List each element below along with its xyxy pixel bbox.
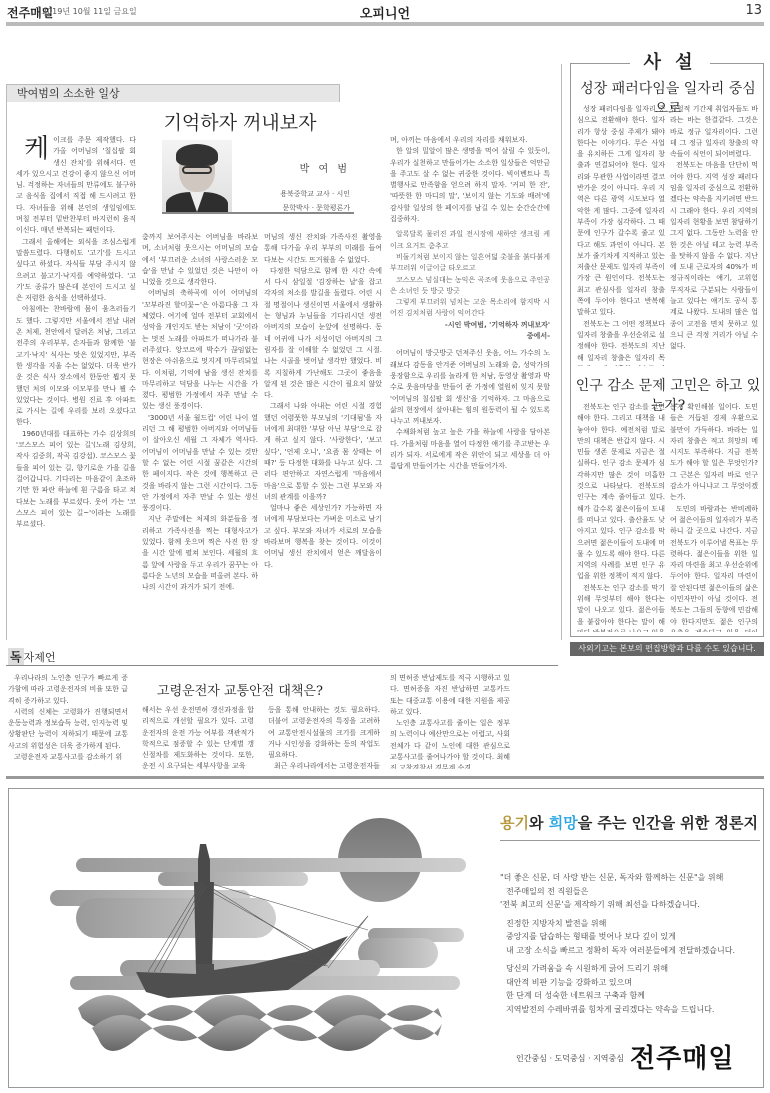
poem-stanza: 알록달록 물러진 과일 전시장에 새하얀 생크림 케이크 요거트 춤추고 [390,229,550,252]
ad-body: "더 좋은 신문, 더 사랑 받는 신문, 독자와 함께하는 신문"을 위해 전… [500,871,760,1021]
poem-stanza: 코스모스 넘실대는 농익은 곡조에 웃음으로 주인공은 소녀인 듯 방긋 방긋 [390,275,550,298]
column-series-title: 박여범의 소소한 일상 [6,84,340,102]
author-name: 박 여 범 [240,160,350,175]
ship-illustration [28,812,468,1052]
section-rule [6,776,764,779]
paragraph: 성장 패러다임을 일자리 중심으로 전환해야 한다. 일자리가 항상 중심 주제… [577,104,665,319]
paragraph: 는지 확인해볼 일이다. 도민들은 거듭된 경제 우환으로 불만이 가득하다. … [670,402,758,504]
editorial-label: 사 설 [630,48,710,74]
paragraph: 어버님의 축하곡에 이어 어머님의 '꼬부라진 할미꽃~'은 아름다움 그 자체… [142,288,258,412]
ad-line: 내 고장 소식을 빠르고 정확히 독자 여러분들에게 전달하겠습니다. [506,944,760,958]
paragraph: 의 면허증 반납제도를 적극 시행하고 있다. 면허증을 자진 반납하면 교통카… [390,673,510,718]
poem-block: 알록달록 물러진 과일 전시장에 새하얀 생크림 케이크 요거트 춤추고 비둘기… [390,229,550,342]
ad-line: 대안적 비판 기능을 강화하고 있으며 [506,976,760,990]
column-divider [561,64,562,640]
ad-paragraph-3: 당신의 가려움을 속 시원하게 긁어 드리기 위해 대안적 비판 기능을 강화하… [500,962,760,1016]
reader-section-initial: 독 [8,648,24,665]
paragraph: 최근 우리나라에서는 고령운전자들 [268,761,380,769]
slogan-hope: 희망 [549,814,578,832]
author-title-2: 문학박사 · 문학평론가 [240,201,350,215]
reader-section-header: 독자제언 [8,648,55,665]
ad-paragraph-2: 진정한 지방자치 발전을 위해 중앙지를 답습하는 형태를 벗어나 보다 깊이 … [500,917,760,958]
author-info: 용북중학교 교사 · 시인 문학박사 · 문학평론가 [240,187,350,215]
reader-rule [6,665,558,666]
author-title-1: 용북중학교 교사 · 시인 [240,187,350,201]
column-title: 기억하자 꺼내보자 [100,108,380,135]
paragraph: 노인층 교통사고를 줄이는 일은 정부의 노력이나 예산만으로는 어렵고, 사회… [390,718,510,769]
header-rule [6,22,764,26]
ad-tagline: 인간중심 · 도덕중심 · 지역중심 [516,1053,624,1064]
ad-line: '전북 최고의 신문'을 제작하기 위해 최선을 다하겠습니다. [500,898,760,912]
reader-text-col4: 의 면허증 반납제도를 적극 시행하고 있다. 면허증을 자진 반납하면 교통카… [390,673,510,769]
ad-line: 중앙지를 답습하는 형태를 벗어나 보다 깊이 있게 [506,930,760,944]
poem-source: -시인 박여범, '기억하자 꺼내보자' [390,320,550,331]
paragraph: 전북도는 인구 감소를 막기 위해 무엇부터 해야 한다는 말이 나오고 있다.… [577,583,665,632]
column-text-col3: 머님의 생신 잔치와 가족사진 촬영을 통해 다가올 우리 부부의 미래를 들여… [264,232,382,637]
slogan-connector: 와 [529,814,549,832]
paragraph: 고령운전자 교통사고를 감소하기 위 [8,752,128,763]
page-number: 13 [745,3,762,18]
disclaimer-banner: 사외기고는 본보의 편집방향과 다를 수도 있습니다. [570,642,764,656]
paragraph: 등을 통해 안내하는 것도 필요하다. 더불어 고령운전자의 특징을 고려하여 … [268,705,380,761]
ad-line: 당신의 가려움을 속 시원하게 긁어 드리기 위해 [506,962,760,976]
paragraph: 며, 아끼는 마음에서 우리의 자리를 채워보자. [390,135,550,146]
poem-stanza: 비둘기처럼 보이지 않는 일흔여덟 촛불을 붉다붉게 부끄러워 이글이글 타오르… [390,252,550,275]
author-photo [162,140,232,212]
paragraph: 해서는 우선 운전면허 갱신과정을 합리적으로 개선할 필요가 있다. 고령운전… [142,705,254,769]
reader-text-col2: 해서는 우선 운전면허 갱신과정을 합리적으로 개선할 필요가 있다. 고령운전… [142,705,254,769]
ad-line: "더 좋은 신문, 더 사랑 받는 신문, 독자와 함께하는 신문"을 위해 [500,871,760,885]
paragraph: '3000년 서울 월드컵' 어린 나이 열리던 그 해 평범한 아버지와 어머… [142,413,258,515]
paragraph: 춤까지 보여주시는 어버님을 바라보며, 소녀처럼 웃으시는 어머님의 모습에서… [142,232,258,288]
reader-section-rest: 자제언 [24,651,56,664]
reader-title: 고령운전자 교통안전 대책은? [120,680,360,699]
paragraph: 전북도는 인구 감소를 고민해야 한다. 그리고 대책을 내놓아야 한다. 예전… [577,402,665,583]
column-text-col4: 며, 아끼는 마음에서 우리의 자리를 채워보자. 한 알의 밀알이 많은 생명… [390,135,550,635]
dropcap: 케 [24,137,49,161]
ad-line: 전주매일의 전 직원들은 [500,885,760,899]
paragraph: 그래서 나와 아내는 어린 시절 경험했던 어렴풋한 부모님의 '기대됨'을 자… [264,401,382,503]
reader-text-col3: 등을 통해 안내하는 것도 필요하다. 더불어 고령운전자의 특징을 고려하여 … [268,705,380,769]
editorial-2-col-right: 는지 확인해볼 일이다. 도민들은 거듭된 경제 우환으로 불만이 가득하다. … [670,402,758,632]
ad-paragraph-1: "더 좋은 신문, 더 사랑 받는 신문, 독자와 함께하는 신문"을 위해 전… [500,871,760,912]
paragraph: 어머님이 방긋방긋 던져주신 웃음, 어느 가수의 노래보다 감동을 안겨준 어… [390,348,550,427]
paragraph: 다정한 덕담으로 함께 한 시간 속에서 다시 삼일절 '김장하는 날'을 잡고… [264,266,382,402]
paragraph: 1960년대를 대표하는 가수 김상희의 '코스모스 피어 있는 길'(노래 김… [16,429,136,531]
slogan-courage: 용기 [500,814,529,832]
paragraph: 간헐적 기간제 취업자들도 바라는 바는 한결같다. 그것은 바로 정규 일자리… [670,104,758,160]
section-title: 오피니언 [0,3,770,22]
poem-stanza: 그렇게 부끄러워 넘치는 고운 목소리에 함지박 시어진 김치처럼 사랑이 익어… [390,297,550,320]
paragraph: 시력의 신체는 고령화가 진행되면서 운동능력과 정보습득 능력, 인지능력 및… [8,707,128,752]
paragraph: 한 알의 밀알이 많은 생명을 먹여 살릴 수 있듯이, 우리가 실천하고 만들… [390,146,550,225]
ad-logo: 전주매일 [630,1038,734,1075]
ad-rule [500,840,760,841]
ad-line: 한 단계 더 성숙한 네트워크 구축과 함께 [506,989,760,1003]
paragraph: 수채화처럼 높고 높은 가을 하늘에 사랑을 담아본다. 가을처럼 마음을 열어… [390,427,550,472]
paragraph: 얼마나 좋은 세상인가? 가능하면 자녀에게 부담보다는 가벼운 미소로 남기고… [264,503,382,571]
ad-line: 진정한 지방자치 발전을 위해 [506,917,760,931]
paragraph: 전북도는 그 어떤 정책보다 일자리 창출을 우선순위로 설정해야 한다. 전북… [577,319,665,366]
slogan-rest: 을 주는 인간을 위한 정론지 [578,814,758,832]
column-text-col2: 춤까지 보여주시는 어버님을 바라보며, 소녀처럼 웃으시는 어머님의 모습에서… [142,232,258,637]
editorial-2-col-left: 전북도는 인구 감소를 고민해야 한다. 그리고 대책을 내놓아야 한다. 예전… [577,402,665,632]
paragraph: 그래서 올해에는 외식을 조심스럽게 말씀드렸다. 다행히도 '고기'를 드시고… [16,237,136,305]
reader-text-col1: 우리나라의 노인층 인구가 빠르게 증가함에 따라 고령운전자의 비율 또한 급… [8,673,128,769]
paragraph: 머님의 생신 잔치와 가족사진 촬영을 통해 다가올 우리 부부의 미래를 들여… [264,232,382,266]
paragraph: 도민의 바람과는 반비례하여 젊은이들의 일자리가 부족하니 갈 곳으로 나간다… [670,504,758,632]
ad-slogan: 용기와 희망을 주는 인간을 위한 정론지 [500,812,758,833]
editorial-1-col-right: 간헐적 기간제 취업자들도 바라는 바는 한결같다. 그것은 바로 정규 일자리… [670,104,758,366]
poem-source-suffix: 중에서- [390,331,550,342]
editorial-1-col-left: 성장 패러다임을 일자리 중심으로 전환해야 한다. 일자리가 항상 중심 주제… [577,104,665,366]
paragraph: 아침에는 찬바람에 몸이 움츠러들기도 했다. 그렇지만 서울에서 전날 내려온… [16,304,136,428]
paragraph: 우리나라의 노인층 인구가 빠르게 증가함에 따라 고령운전자의 비율 또한 급… [8,673,128,707]
paragraph: 전북도는 마음을 단단히 먹어야 한다. 지역 성장 패러다임을 일자리 중심으… [670,160,758,352]
column-text-col1: 케 이크를 주문 제작했다. 다가올 어머님의 '칠십팔 회 생신 잔치'를 위… [16,135,136,635]
paragraph: 지난 주말에는 처제의 화분들을 정리하고 가족사진을 찍는 대형사고가 있었다… [142,514,258,593]
ad-line: 지역발전의 수레바퀴를 힘차게 굴리겠다는 약속을 드립니다. [506,1003,760,1017]
